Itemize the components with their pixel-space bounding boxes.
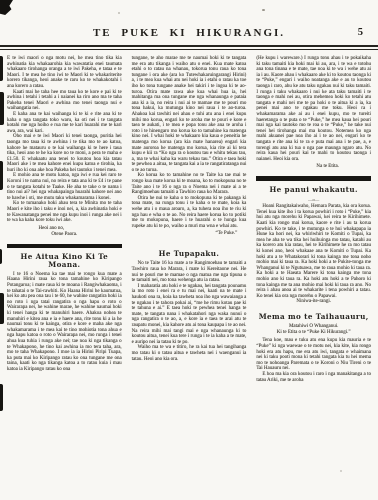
paragraph: E mohio ana te motu katoa, nga iwi e rua… (7, 173, 122, 201)
paragraph: Ko te tumanako hoki ahau tera te Minita … (7, 201, 122, 223)
scan-artifact (0, 249, 2, 264)
paragraph: tungane, te aho marae me te naumai hoki … (132, 56, 247, 173)
scan-artifact (0, 161, 3, 190)
column-2: tungane, te aho marae me te naumai hoki … (132, 56, 247, 500)
paragraph: E kaha ana te kai waihanga ki te ki e ri… (7, 112, 122, 134)
column-1: E te iwi maori o nga motu nei, he mea ti… (7, 56, 122, 500)
paragraph: No te Taite 16 ka mate a te Rangimoehau … (132, 261, 247, 283)
column-3: (He kupu i wareware.) I runga tonu ahau … (256, 56, 371, 500)
paragraph: Otira he nui te kaha o to mokopuna ki te… (132, 196, 247, 230)
scan-artifact (0, 56, 3, 81)
ornament-divider: —o— (256, 197, 371, 202)
paper-speck (262, 9, 265, 11)
page-number: 5 (358, 27, 363, 38)
section-heading-tupapaku: He Tupapaku. (132, 250, 247, 258)
section-separator-bar (7, 244, 122, 248)
masthead-title: TE PUKE KI HIKURANGI. (0, 27, 378, 39)
paragraph: I te 16 o Noema ka tae mai te rongo kua … (7, 272, 122, 373)
scan-artifact (0, 293, 4, 324)
paragraph: (He kupu i wareware.) I runga tonu ahau … (256, 56, 371, 162)
paper-speck (118, 12, 120, 14)
paragraph: Waiho ma te wa e titiro, he ra kai tua h… (132, 345, 247, 362)
paragraph: Kaati mai he taha hee mo taua ko te kore… (7, 90, 122, 112)
paragraph: E te iwi maori o nga motu nei, he mea ti… (7, 56, 122, 90)
paragraph: Oho mai e te iwi Maori ki tenei taonga, … (7, 134, 122, 173)
paragraph: Hoani Rangitakaiwaho, Hemara Parata, kia… (256, 204, 371, 299)
scan-artifact (0, 92, 4, 125)
signature-etita: Na te Etita. (256, 164, 371, 170)
signature-otene-paora: Otene Paora. (7, 232, 122, 238)
text-columns: E te iwi maori o nga motu nei, he mea ti… (7, 56, 371, 500)
section-separator-bar (256, 176, 371, 181)
section-heading-aitua: He Aitua Kino Ki Te Moana. (7, 253, 122, 269)
scan-artifact (0, 0, 13, 15)
paragraph: E hoa ma kia ora koutou i raro i nga man… (256, 372, 371, 383)
section-heading-panui-whakautu: He panui whakautu. (256, 186, 371, 194)
header-double-rule (0, 45, 378, 50)
section-heading-mema-taihauauru: Mema mo te Taihauauru, (256, 313, 371, 321)
paragraph: Ko korua ko to tamahine no te Taite ka t… (132, 173, 247, 195)
newspaper-page: TE PUKE KI HIKURANGI. 5 E te iwi maori o… (0, 0, 378, 500)
paragraph: Tena koe, mau e tuku atu ena kupu kia ma… (256, 338, 371, 372)
paragraph: I maharatia atu hoki e te ngakau, hei ta… (132, 284, 247, 346)
scan-artifact (0, 384, 3, 411)
